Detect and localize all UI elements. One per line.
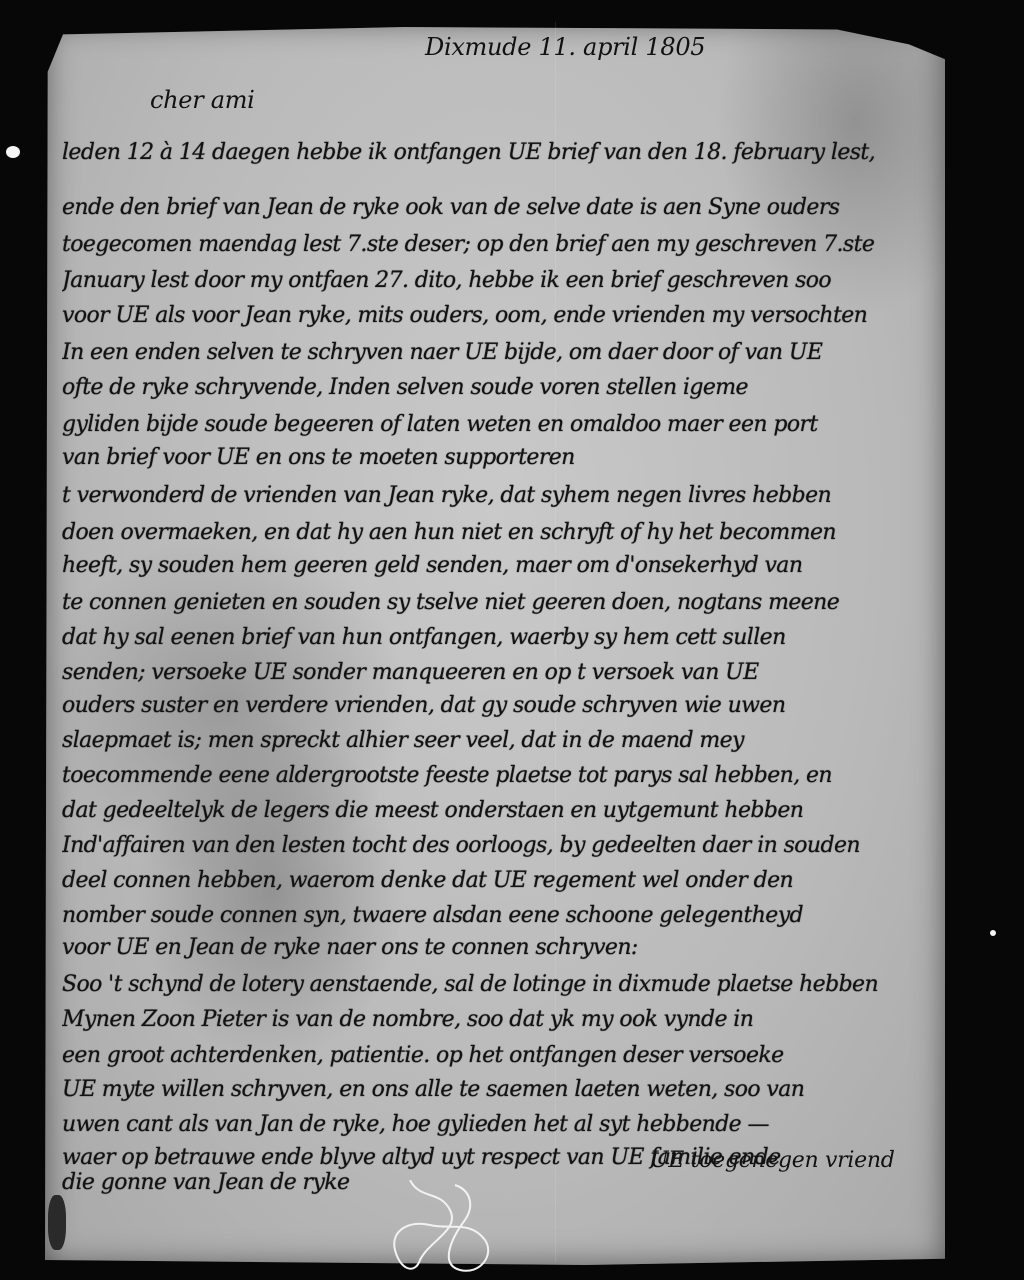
letter-line: voor UE en Jean de ryke naer ons te conn… [62, 935, 942, 960]
letter-salutation: cher ami [150, 88, 350, 112]
letter-date: Dixmude 11. april 1805 [425, 35, 725, 59]
dust-speck [990, 930, 996, 936]
letter-line: ofte de ryke schryvende, Inden selven so… [62, 375, 942, 400]
letter-line: voor UE als voor Jean ryke, mits ouders,… [62, 303, 942, 328]
letter-line: leden 12 à 14 daegen hebbe ik ontfangen … [62, 140, 942, 165]
letter-line: nomber soude connen syn, twaere alsdan e… [62, 903, 942, 928]
letter-line: Ind'affairen van den lesten tocht des oo… [62, 833, 942, 858]
letter-line: January lest door my ontfaen 27. dito, h… [62, 268, 942, 293]
letter-line: In een enden selven te schryven naer UE … [62, 340, 942, 365]
letter-line: dat gedeeltelyk de legers die meest onde… [62, 798, 942, 823]
letter-line: deel connen hebben, waerom denke dat UE … [62, 868, 942, 893]
letter-line: gyliden bijde soude begeeren of laten we… [62, 412, 942, 437]
letter-line: UE myte willen schryven, en ons alle te … [62, 1077, 942, 1102]
letter-signature: UE toegenegen vriend [650, 1150, 910, 1172]
letter-line: te connen genieten en souden sy tselve n… [62, 590, 942, 615]
letter-line: ouders suster en verdere vrienden, dat g… [62, 693, 942, 718]
ink-stain [48, 1195, 66, 1250]
letter-line: van brief voor UE en ons te moeten suppo… [62, 445, 942, 470]
letter-line: doen overmaeken, en dat hy aen hun niet … [62, 520, 942, 545]
letter-line: heeft, sy souden hem geeren geld senden,… [62, 553, 942, 578]
letter-line: t verwonderd de vrienden van Jean ryke, … [62, 483, 942, 508]
letter-line: ende den brief van Jean de ryke ook van … [62, 195, 942, 220]
dust-speck [6, 146, 20, 158]
letter-line: Soo 't schynd de lotery aenstaende, sal … [62, 972, 942, 997]
letter-line: Mynen Zoon Pieter is van de nombre, soo … [62, 1007, 942, 1032]
letter-line: toecommende eene aldergrootste feeste pl… [62, 763, 942, 788]
letter-line: slaepmaet is; men spreckt alhier seer ve… [62, 728, 942, 753]
scratch-mark [390, 1180, 510, 1280]
letter-line: dat hy sal eenen brief van hun ontfangen… [62, 625, 942, 650]
letter-line: een groot achterdenken, patientie. op he… [62, 1043, 942, 1068]
letter-line: uwen cant als van Jan de ryke, hoe gylie… [62, 1112, 942, 1137]
letter-line: senden; versoeke UE sonder manqueeren en… [62, 660, 942, 685]
letter-line: toegecomen maendag lest 7.ste deser; op … [62, 232, 942, 257]
